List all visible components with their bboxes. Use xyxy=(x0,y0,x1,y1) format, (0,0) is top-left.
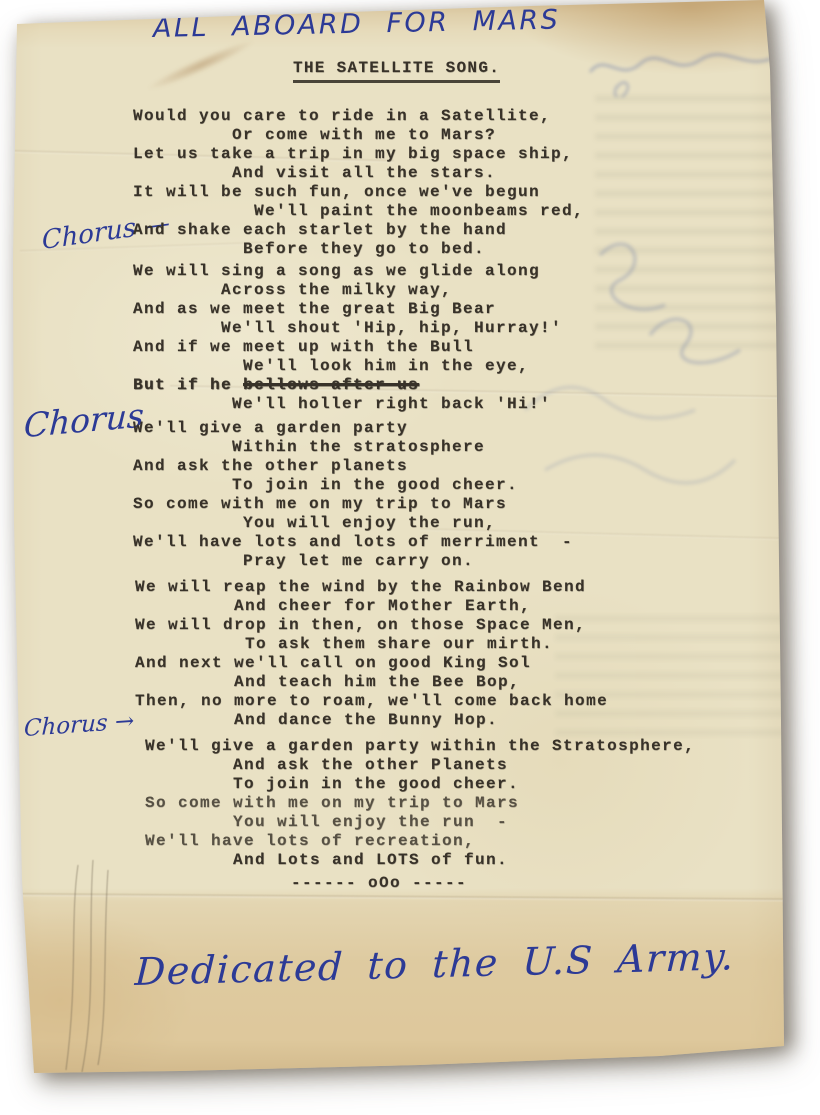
stanza-4: We will reap the wind by the Rainbow Ben… xyxy=(135,578,608,730)
lyric-line: But if he bellows after us xyxy=(133,376,562,395)
stanza-3-chorus: We'll give a garden party Within the str… xyxy=(133,419,573,571)
typed-separator: ------ oOo ----- xyxy=(291,874,467,892)
lyric-line: And ask the other Planets xyxy=(145,756,695,775)
stanza-2-chorus: We will sing a song as we glide along Ac… xyxy=(133,262,562,414)
lyric-line: And next we'll call on good King Sol xyxy=(135,654,608,673)
lyric-line: We will drop in then, on those Space Men… xyxy=(135,616,608,635)
lyric-line: And shake each starlet by the hand xyxy=(133,221,584,240)
lyric-line: And visit all the stars. xyxy=(133,164,584,183)
lyric-line: Pray let me carry on. xyxy=(133,552,573,571)
lyric-line: We'll give a garden party within the Str… xyxy=(145,737,695,756)
paper-sheet: ALL ABOARD FOR MARS THE SATELLITE SONG. … xyxy=(0,0,820,1115)
lyric-line: We'll give a garden party xyxy=(133,419,573,438)
lyric-line: To ask them share our mirth. xyxy=(135,635,608,654)
lyric-line: And Lots and LOTS of fun. xyxy=(145,851,695,870)
ink-bleed-squiggle xyxy=(585,42,785,97)
lyric-line: We will sing a song as we glide along xyxy=(133,262,562,281)
lyric-line: So come with me on my trip to Mars xyxy=(145,794,695,813)
lyric-line: Across the milky way, xyxy=(133,281,562,300)
lyric-line: We'll have lots of recreation, xyxy=(145,832,695,851)
lyric-line: To join in the good cheer. xyxy=(145,775,695,794)
lyric-line: We will reap the wind by the Rainbow Ben… xyxy=(135,578,608,597)
lyric-line: We'll have lots and lots of merriment - xyxy=(133,533,573,552)
lyric-line: To join in the good cheer. xyxy=(133,476,573,495)
lyric-line: We'll paint the moonbeams red, xyxy=(133,202,584,221)
lyric-line: Let us take a trip in my big space ship, xyxy=(133,145,584,164)
lyric-line: And if we meet up with the Bull xyxy=(133,338,562,357)
lyric-line: Would you care to ride in a Satellite, xyxy=(133,107,584,126)
lyric-line: Then, no more to roam, we'll come back h… xyxy=(135,692,608,711)
chorus-annotation-3: Chorus → xyxy=(24,708,135,742)
dedication-handwriting: Dedicated to the U.S Army. xyxy=(134,934,736,994)
lyric-line: Before they go to bed. xyxy=(133,240,584,259)
lyric-line: You will enjoy the run - xyxy=(145,813,695,832)
lyric-line: We'll shout 'Hip, hip, Hurray!' xyxy=(133,319,562,338)
lyric-line: We'll look him in the eye, xyxy=(133,357,562,376)
lyric-line: We'll holler right back 'Hi!' xyxy=(133,395,562,414)
scratch-marks xyxy=(48,860,128,1075)
lyric-line: And dance the Bunny Hop. xyxy=(135,711,608,730)
handwritten-title: ALL ABOARD FOR MARS xyxy=(153,4,561,44)
lyric-line: And ask the other planets xyxy=(133,457,573,476)
lyric-line: You will enjoy the run, xyxy=(133,514,573,533)
struck-text: bellows after us xyxy=(243,376,419,394)
scanned-document: ALL ABOARD FOR MARS THE SATELLITE SONG. … xyxy=(0,0,820,1115)
lyric-line: And cheer for Mother Earth, xyxy=(135,597,608,616)
stanza-1: Would you care to ride in a Satellite, O… xyxy=(133,107,584,259)
lyric-line: Within the stratosphere xyxy=(133,438,573,457)
crease-line xyxy=(14,893,784,901)
paper-drop-shadow: ALL ABOARD FOR MARS THE SATELLITE SONG. … xyxy=(0,0,820,1115)
lyric-line: And teach him the Bee Bop, xyxy=(135,673,608,692)
stanza-5-chorus: We'll give a garden party within the Str… xyxy=(145,737,695,870)
lyric-line: It will be such fun, once we've begun xyxy=(133,183,584,202)
chorus-annotation-2: Chorus xyxy=(23,395,145,445)
lyric-line: And as we meet the great Big Bear xyxy=(133,300,562,319)
lyric-line: So come with me on my trip to Mars xyxy=(133,495,573,514)
typed-title: THE SATELLITE SONG. xyxy=(293,59,500,83)
lyric-line: Or come with me to Mars? xyxy=(133,126,584,145)
